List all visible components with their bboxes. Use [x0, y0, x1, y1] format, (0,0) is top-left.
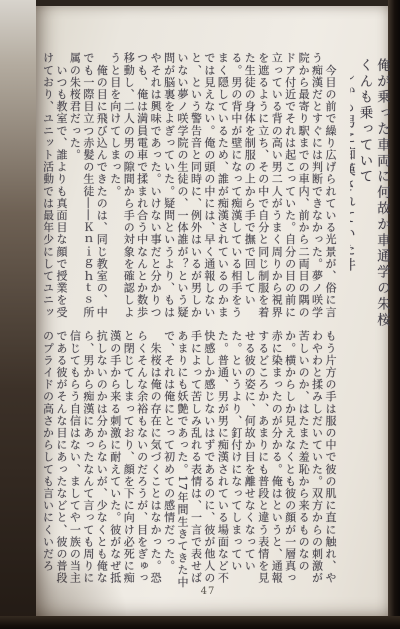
chapter-title: 俺が乗った車両に何故か車通学の朱桜くんも乗っていて しかも男に痴漢されていた件 — [350, 58, 390, 338]
chapter-title-line-1: 俺が乗った車両に何故か車通学の朱桜くんも乗っていて — [355, 58, 390, 338]
photo-background: 俺が乗った車両に何故か車通学の朱桜くんも乗っていて しかも男に痴漢されていた件 … — [0, 0, 400, 629]
text-band-lower: もう片方の手は服の中で彼の肌に直に触れ、やわやわと揉みしだいていた。双方からの刺… — [44, 330, 337, 590]
book-page: 俺が乗った車両に何故か車通学の朱桜くんも乗っていて しかも男に痴漢されていた件 … — [36, 6, 388, 616]
bottom-edge-shadow — [0, 616, 400, 629]
paragraph: 朱桜は俺の存在に気づくことはなかった。恐らくそんな余裕もないのだろうが、目をぎゅ… — [44, 330, 162, 590]
paragraph: 俺の目に飛び込んできたのは、同じ教室の、中でも一際目立つ赤髪の生徒――Ｋｎｉｇｈ… — [68, 52, 108, 320]
text-band-upper: 今目の前で繰り広げられている光景が、俗に言う痴漢だとすぐには判断できなかった。夢… — [44, 52, 337, 320]
chapter-title-line-2: しかも男に痴漢されていた件 — [350, 58, 355, 338]
page-number: 47 — [188, 586, 228, 597]
paragraph: もう片方の手は服の中で彼の肌に直に触れ、やわやわと揉みしだいていた。双方からの刺… — [162, 330, 337, 590]
paragraph: 今目の前で繰り広げられている光景が、俗に言う痴漢だとすぐには判断できなかった。夢… — [108, 52, 337, 320]
paragraph: いつも教室で、誰よりも真面目な顔で授業を受けており、ユニット活動では最年少にして… — [44, 52, 68, 320]
left-gutter-shadow — [0, 0, 36, 629]
